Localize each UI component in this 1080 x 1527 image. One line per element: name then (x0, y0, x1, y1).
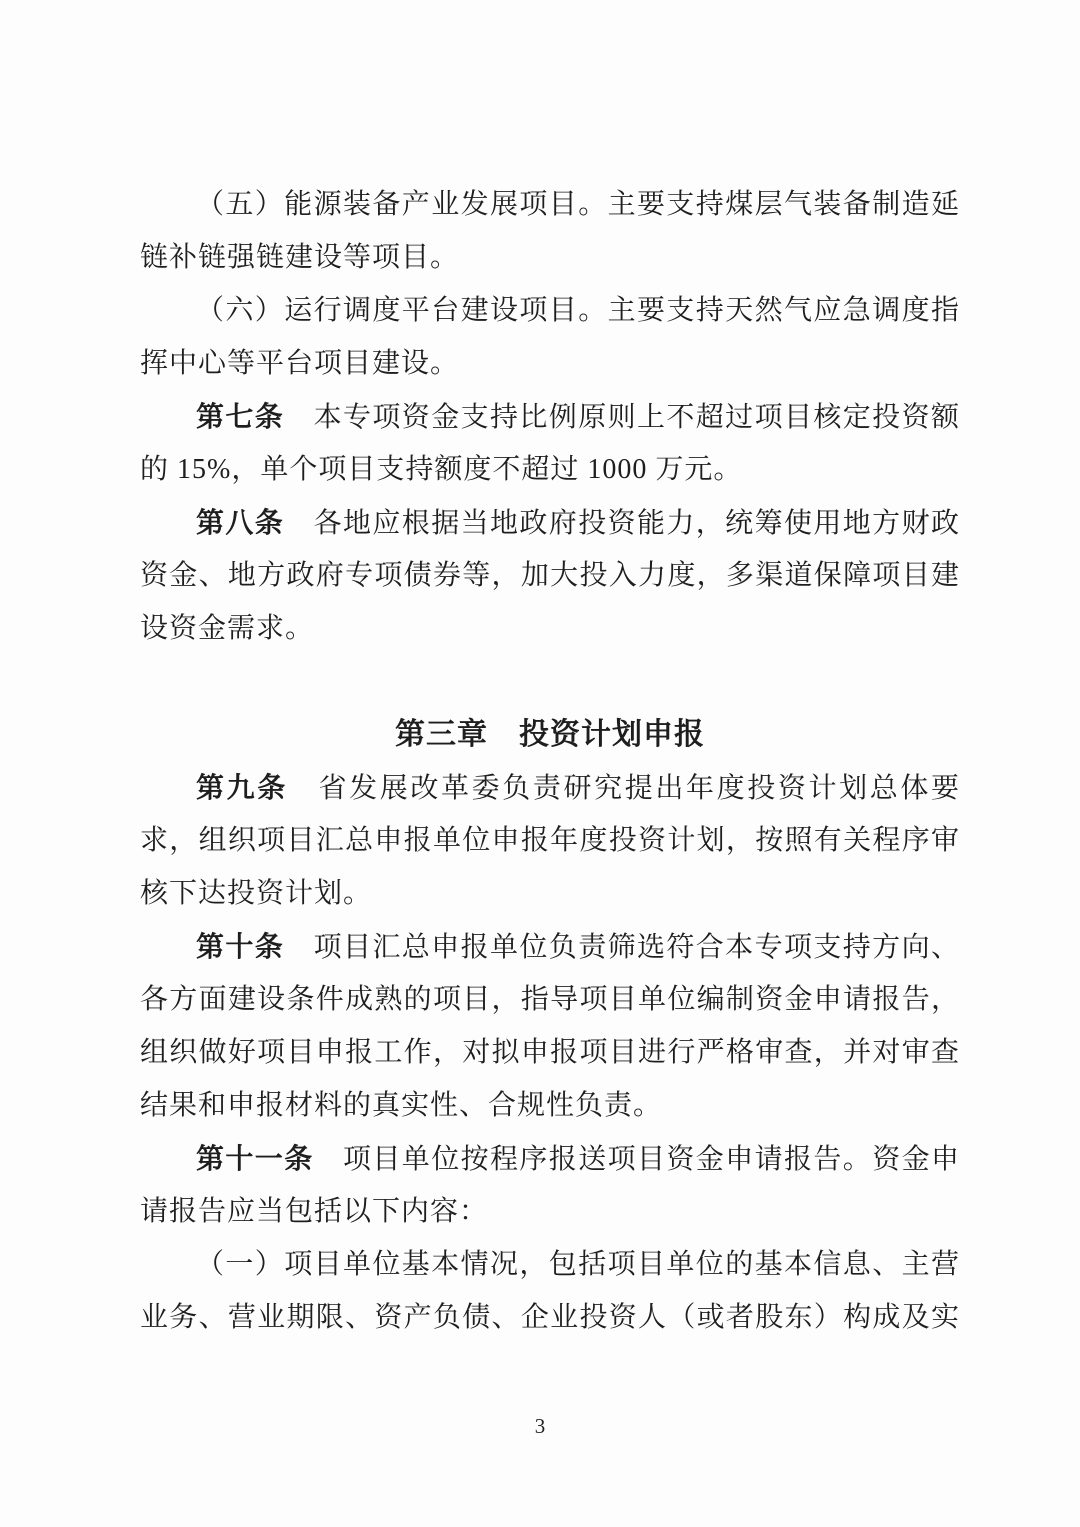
text-segment: 业务、营业期限、资产负债、企业投资人（或者股东）构成及实 (140, 1302, 960, 1333)
text-line: 各方面建设条件成熟的项目，指导项目单位编制资金申请报告， (140, 973, 960, 1026)
text-line: 挥中心等平台项目建设。 (140, 337, 960, 390)
text-segment: 挥中心等平台项目建设。 (140, 348, 459, 379)
text-line: （一）项目单位基本情况，包括项目单位的基本信息、主营 (140, 1238, 960, 1291)
article-number: 第九条 (196, 772, 288, 803)
text-segment: 第三章 投资计划申报 (395, 718, 705, 751)
text-segment: 项目汇总申报单位负责筛选符合本专项支持方向、 (284, 932, 960, 963)
text-segment: 省发展改革委负责研究提出年度投资计划总体要 (288, 773, 960, 804)
text-segment: 核下达投资计划。 (140, 878, 372, 909)
document-body: （五）能源装备产业发展项目。主要支持煤层气装备制造延链补链强链建设等项目。（六）… (140, 178, 960, 1344)
text-segment: 组织做好项目申报工作，对拟申报项目进行严格审查，并对审查 (140, 1037, 960, 1068)
text-line: 第九条 省发展改革委负责研究提出年度投资计划总体要 (140, 761, 960, 814)
text-line: 第八条 各地应根据当地政府投资能力，统筹使用地方财政 (140, 496, 960, 549)
text-segment: 各方面建设条件成熟的项目，指导项目单位编制资金申请报告， (140, 984, 960, 1015)
text-line: （五）能源装备产业发展项目。主要支持煤层气装备制造延 (140, 178, 960, 231)
article-number: 第十条 (196, 931, 284, 962)
text-segment: （一）项目单位基本情况，包括项目单位的基本信息、主营 (196, 1249, 960, 1280)
text-segment: 本专项资金支持比例原则上不超过项目核定投资额 (284, 402, 960, 433)
text-line: 求，组织项目汇总申报单位申报年度投资计划，按照有关程序审 (140, 814, 960, 867)
text-line: 链补链强链建设等项目。 (140, 231, 960, 284)
text-segment: 结果和申报材料的真实性、合规性负责。 (140, 1090, 662, 1121)
text-line: 核下达投资计划。 (140, 867, 960, 920)
text-segment: （五）能源装备产业发展项目。主要支持煤层气装备制造延 (196, 189, 960, 220)
text-segment: 项目单位按程序报送项目资金申请报告。资金申 (314, 1144, 960, 1175)
text-line: 第十条 项目汇总申报单位负责筛选符合本专项支持方向、 (140, 920, 960, 973)
text-line: 第十一条 项目单位按程序报送项目资金申请报告。资金申 (140, 1132, 960, 1185)
document-page: （五）能源装备产业发展项目。主要支持煤层气装备制造延链补链强链建设等项目。（六）… (0, 0, 1080, 1527)
article-number: 第八条 (196, 507, 284, 538)
text-line: 结果和申报材料的真实性、合规性负责。 (140, 1079, 960, 1132)
text-line: 组织做好项目申报工作，对拟申报项目进行严格审查，并对审查 (140, 1026, 960, 1079)
page-number: 3 (535, 1414, 546, 1438)
text-line: 请报告应当包括以下内容： (140, 1185, 960, 1238)
text-segment: 链补链强链建设等项目。 (140, 242, 459, 273)
text-line: 资金、地方政府专项债券等，加大投入力度，多渠道保障项目建 (140, 549, 960, 602)
text-segment: （六）运行调度平台建设项目。主要支持天然气应急调度指 (196, 295, 960, 326)
page-footer: 3 (0, 1410, 1080, 1442)
text-segment: 资金、地方政府专项债券等，加大投入力度，多渠道保障项目建 (140, 560, 960, 591)
text-segment: 请报告应当包括以下内容： (140, 1196, 488, 1227)
article-number: 第七条 (196, 401, 284, 432)
text-segment: 设资金需求。 (140, 613, 314, 644)
article-number: 第十一条 (196, 1143, 314, 1174)
text-segment: 求，组织项目汇总申报单位申报年度投资计划，按照有关程序审 (140, 825, 960, 856)
text-segment: 各地应根据当地政府投资能力，统筹使用地方财政 (284, 508, 960, 539)
text-line: （六）运行调度平台建设项目。主要支持天然气应急调度指 (140, 284, 960, 337)
chapter-heading: 第三章 投资计划申报 (140, 708, 960, 761)
text-line: 设资金需求。 (140, 602, 960, 655)
text-line: 的 15%，单个项目支持额度不超过 1000 万元。 (140, 443, 960, 496)
text-line: 业务、营业期限、资产负债、企业投资人（或者股东）构成及实 (140, 1291, 960, 1344)
text-line: 第七条 本专项资金支持比例原则上不超过项目核定投资额 (140, 390, 960, 443)
text-segment: 的 15%，单个项目支持额度不超过 1000 万元。 (140, 454, 742, 485)
